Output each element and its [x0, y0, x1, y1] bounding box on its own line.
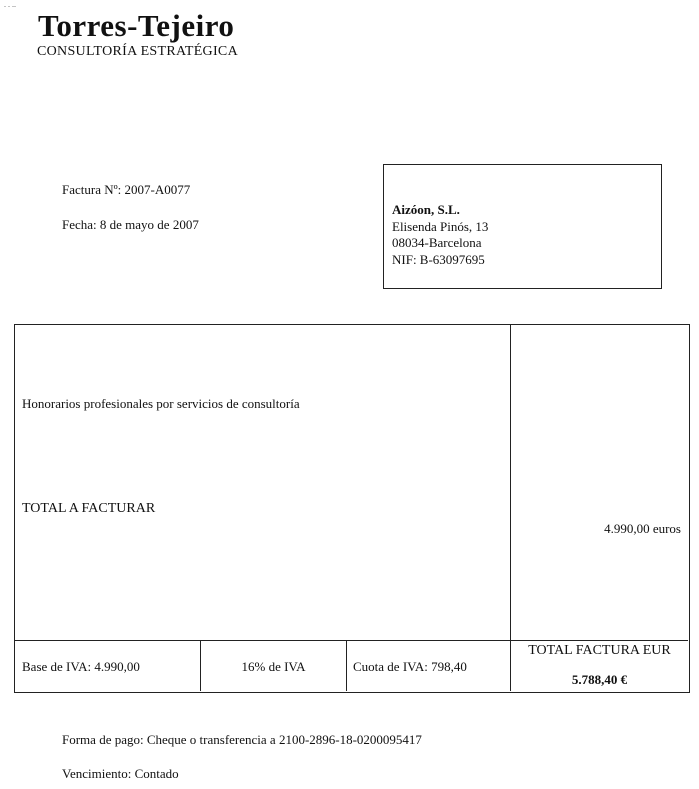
client-city: 08034-Barcelona: [392, 235, 488, 252]
vat-rate: 16% de IVA: [201, 659, 346, 675]
summary-row-divider: [15, 640, 688, 641]
invoice-number: Factura Nº: 2007-A0077: [62, 182, 190, 198]
invoice-date: Fecha: 8 de mayo de 2007: [62, 217, 199, 233]
client-address: Aizóon, S.L. Elisenda Pinós, 13 08034-Ba…: [392, 202, 488, 268]
payment-method: Forma de pago: Cheque o transferencia a …: [62, 732, 422, 748]
client-street: Elisenda Pinós, 13: [392, 219, 488, 236]
vat-base: Base de IVA: 4.990,00: [22, 659, 140, 675]
vat-quota: Cuota de IVA: 798,40: [353, 659, 467, 675]
invoice-total-label: TOTAL FACTURA EUR: [511, 643, 688, 659]
client-name: Aizóon, S.L.: [392, 202, 488, 219]
column-divider: [510, 325, 511, 691]
invoice-table: Honorarios profesionales por servicios d…: [14, 324, 690, 693]
line-item-description: Honorarios profesionales por servicios d…: [22, 396, 300, 412]
company-tagline: CONSULTORÍA ESTRATÉGICA: [37, 44, 238, 60]
due-date: Vencimiento: Contado: [62, 766, 179, 782]
client-nif: NIF: B-63097695: [392, 252, 488, 269]
company-name: Torres-Tejeiro: [38, 8, 234, 44]
total-to-invoice-label: TOTAL A FACTURAR: [22, 501, 155, 517]
summary-divider-2: [346, 640, 347, 691]
invoice-total-value: 5.788,40 €: [511, 672, 688, 688]
scan-specks: . . ..: [4, 0, 16, 9]
total-to-invoice-amount: 4.990,00 euros: [604, 521, 681, 537]
